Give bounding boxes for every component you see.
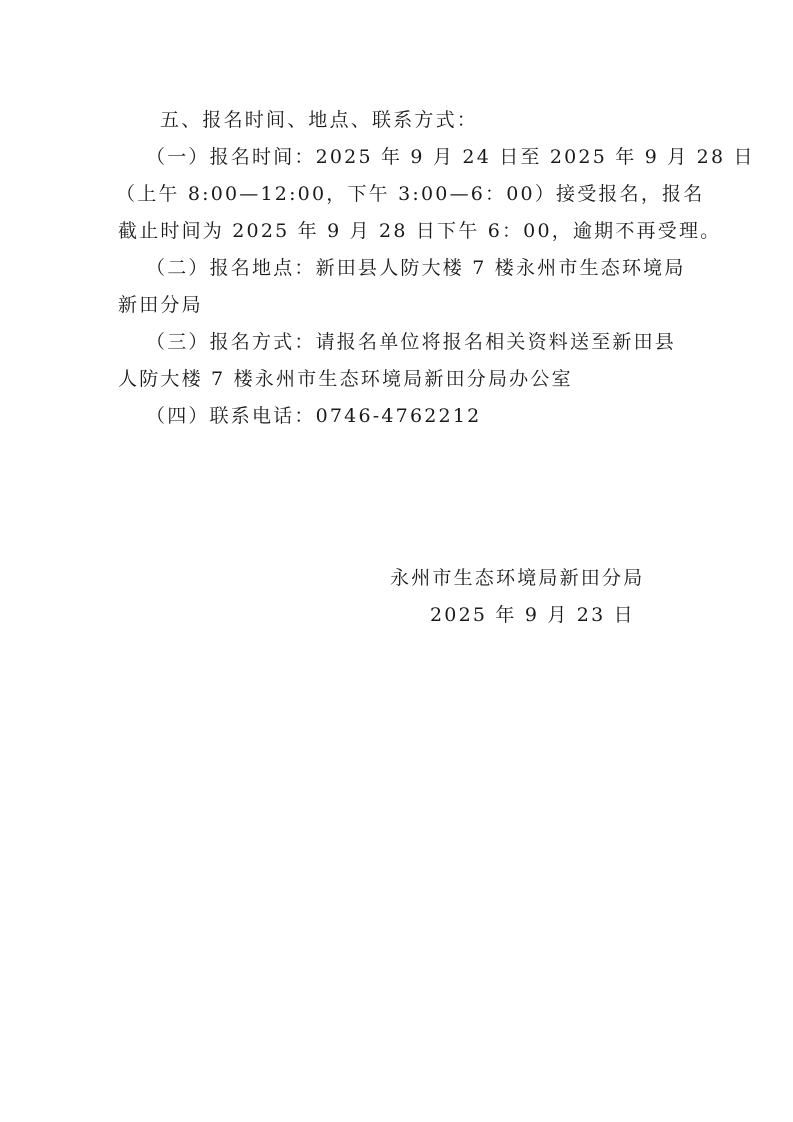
item-3-line-2: 人防大楼 7 楼永州市生态环境局新田分局办公室 [118, 367, 573, 391]
item-1-line-3: 截止时间为 2025 年 9 月 28 日下午 6：00，逾期不再受理。 [118, 219, 721, 243]
item-1-line-2: （上午 8:00—12:00，下午 3:00—6：00）接受报名，报名 [116, 182, 704, 206]
item-4-line-1: （四）联系电话：0746-4762212 [146, 404, 481, 428]
item-2-line-1: （二）报名地点：新田县人防大楼 7 楼永州市生态环境局 [146, 256, 686, 280]
item-2-line-2: 新田分局 [118, 293, 203, 317]
item-1-line-1: （一）报名时间：2025 年 9 月 24 日至 2025 年 9 月 28 日 [146, 145, 755, 169]
item-3-line-1: （三）报名方式：请报名单位将报名相关资料送至新田县 [146, 330, 676, 354]
document-page: 五、报名时间、地点、联系方式： （一）报名时间：2025 年 9 月 24 日至… [0, 0, 793, 1122]
signature-date: 2025 年 9 月 23 日 [430, 603, 635, 627]
signature-organization: 永州市生态环境局新田分局 [390, 566, 644, 590]
section-heading: 五、报名时间、地点、联系方式： [160, 108, 478, 132]
